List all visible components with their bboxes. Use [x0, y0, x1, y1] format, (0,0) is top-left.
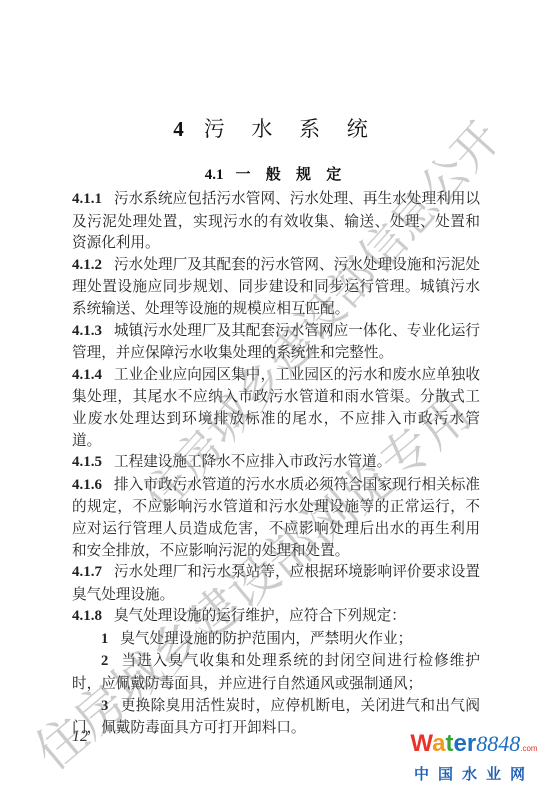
- clause-text: 城镇污水处理厂及其配套污水管网应一体化、专业化运行管理，并应保障污水收集处理的系…: [72, 322, 480, 362]
- section-title: 4.1一 般 规 定: [0, 163, 551, 184]
- clause-4-1-1: 4.1.1污水系统应包括污水管网、污水处理、再生水处理利用以及污泥处理处置，实现…: [72, 188, 480, 254]
- logo-domain: .com: [520, 744, 537, 753]
- document-page: 4污 水 系 统 4.1一 般 规 定 4.1.1污水系统应包括污水管网、污水处…: [0, 0, 551, 798]
- logo-subtitle: 中国水业网: [409, 763, 539, 784]
- clause-4-1-4: 4.1.4工业企业应向园区集中，工业园区的污水和废水应单独收集处理，其尾水不应纳…: [72, 364, 480, 451]
- clause-text: 污水处理厂和污水泵站等，应根据环境影响评价要求设置臭气处理设施。: [72, 563, 480, 603]
- clause-4-1-7: 4.1.7污水处理厂和污水泵站等，应根据环境影响评价要求设置臭气处理设施。: [72, 561, 480, 605]
- logo-wordmark: Water8848.com: [409, 732, 539, 761]
- logo-letter: r: [467, 730, 476, 757]
- clause-text: 工业企业应向园区集中，工业园区的污水和废水应单独收集处理，其尾水不应纳入市政污水…: [72, 366, 480, 449]
- list-item: 1臭气处理设施的防护范围内，严禁明火作业；: [72, 628, 480, 651]
- clause-text: 污水处理厂及其配套的污水管网、污水处理设施和污泥处理处置设施应同步规划、同步建设…: [72, 256, 480, 317]
- clause-number: 4.1.5: [72, 454, 102, 470]
- item-text: 臭气处理设施的防护范围内，严禁明火作业；: [120, 630, 412, 647]
- item-number: 2: [101, 653, 108, 669]
- clause-4-1-3: 4.1.3城镇污水处理厂及其配套污水管网应一体化、专业化运行管理，并应保障污水收…: [72, 320, 480, 364]
- logo-letter: e: [454, 730, 467, 757]
- chapter-title: 4污 水 系 统: [0, 113, 551, 143]
- clause-4-1-8: 4.1.8臭气处理设施的运行维护，应符合下列规定：: [72, 605, 480, 628]
- item-number: 3: [101, 698, 108, 714]
- clause-text: 工程建设施工降水不应排入市政污水管道。: [114, 453, 391, 470]
- clause-4-1-2: 4.1.2污水处理厂及其配套的污水管网、污水处理设施和污泥处理处置设施应同步规划…: [72, 254, 480, 320]
- chapter-title-text: 污 水 系 统: [204, 117, 378, 141]
- clause-text: 排入市政污水管道的污水水质必须符合国家现行相关标准的规定，不应影响污水管道和污水…: [72, 476, 480, 559]
- logo-letter: W: [410, 730, 432, 757]
- logo-letter: t: [446, 730, 454, 757]
- item-number: 1: [101, 631, 108, 647]
- clause-number: 4.1.1: [72, 191, 102, 207]
- clause-text: 污水系统应包括污水管网、污水处理、再生水处理利用以及污泥处理处置，实现污水的有效…: [72, 190, 480, 251]
- chapter-number: 4: [173, 117, 194, 141]
- clause-4-1-6: 4.1.6排入市政污水管道的污水水质必须符合国家现行相关标准的规定，不应影响污水…: [72, 474, 480, 561]
- clause-number: 4.1.4: [72, 367, 102, 383]
- section-title-text: 一 般 规 定: [236, 165, 347, 183]
- list-item: 2当进入臭气收集和处理系统的封闭空间进行检修维护时，应佩戴防毒面具，并应进行自然…: [72, 650, 480, 694]
- clause-number: 4.1.6: [72, 477, 102, 493]
- section-number: 4.1: [205, 167, 224, 183]
- clause-4-1-5: 4.1.5工程建设施工降水不应排入市政污水管道。: [72, 451, 480, 474]
- clause-number: 4.1.2: [72, 257, 102, 273]
- page-number: 12: [72, 728, 88, 746]
- clause-number: 4.1.8: [72, 608, 102, 624]
- logo-letter: a: [432, 730, 445, 757]
- document-body: 4.1.1污水系统应包括污水管网、污水处理、再生水处理利用以及污泥处理处置，实现…: [72, 188, 480, 739]
- item-text: 当进入臭气收集和处理系统的封闭空间进行检修维护时，应佩戴防毒面具，并应进行自然通…: [72, 652, 480, 692]
- clause-text: 臭气处理设施的运行维护，应符合下列规定：: [114, 607, 406, 624]
- water8848-logo[interactable]: Water8848.com 中国水业网: [409, 732, 539, 784]
- logo-digits: 8848: [476, 731, 520, 756]
- clause-number: 4.1.7: [72, 564, 102, 580]
- clause-number: 4.1.3: [72, 323, 102, 339]
